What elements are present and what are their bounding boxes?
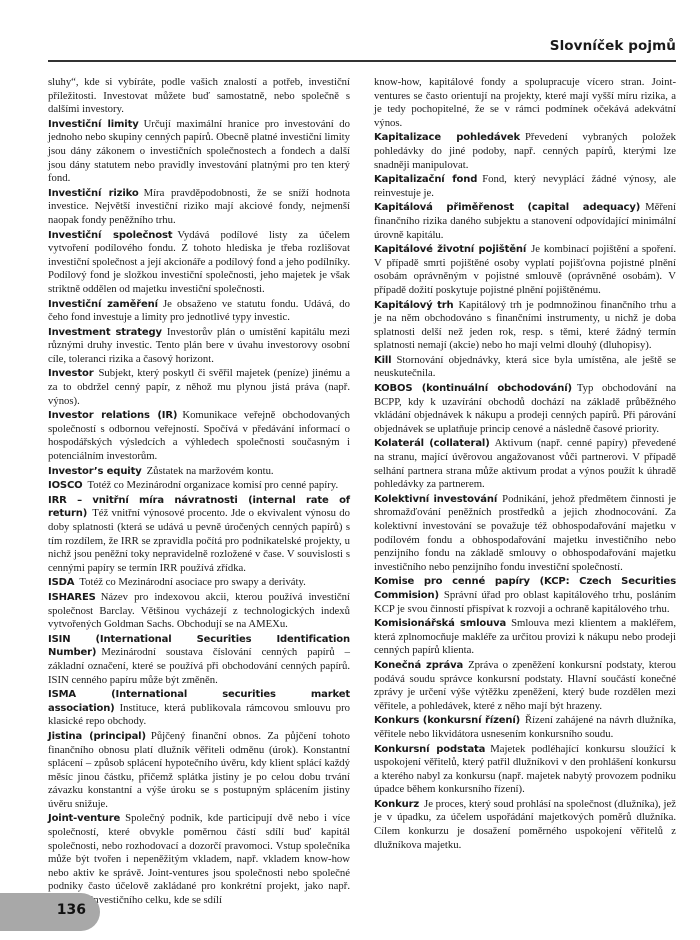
page-number: 136 bbox=[57, 902, 86, 918]
glossary-entry: KOBOS (kontinuální obchodování)Typ obcho… bbox=[374, 382, 676, 436]
glossary-definition: Stornování objednávky, která sice byla u… bbox=[374, 354, 676, 380]
glossary-definition: Též vnitřní výnosové procento. Jde o ekv… bbox=[48, 507, 350, 573]
glossary-term: KOBOS (kontinuální obchodování) bbox=[374, 383, 572, 394]
left-column: sluhy“, kde si vybíráte, podle vašich zn… bbox=[48, 76, 350, 909]
glossary-entry: Kolaterál (collateral)Aktivum (např. cen… bbox=[374, 437, 676, 491]
glossary-entry: IRR – vnitřní míra návratnosti (internal… bbox=[48, 494, 350, 576]
glossary-entry: Komise pro cenné papíry (KCP: Czech Secu… bbox=[374, 575, 676, 616]
glossary-entry: KillStornování objednávky, která sice by… bbox=[374, 354, 676, 381]
glossary-entry: Investiční limityUrčují maximální hranic… bbox=[48, 118, 350, 186]
glossary-term: Investment strategy bbox=[48, 327, 162, 338]
glossary-entry: ISIN (International Securities Identific… bbox=[48, 633, 350, 687]
glossary-entry: Investiční zaměřeníJe obsaženo ve statut… bbox=[48, 298, 350, 325]
glossary-entry: Kapitalizační fondFond, který nevyplácí … bbox=[374, 173, 676, 200]
glossary-definition: Subjekt, který poskytl či svěřil majetek… bbox=[48, 367, 350, 406]
glossary-term: Konkurs (konkursní řízení) bbox=[374, 715, 520, 726]
glossary-term: Investiční limity bbox=[48, 119, 139, 130]
glossary-term: Kapitalizace pohledávek bbox=[374, 132, 520, 143]
glossary-entry: Kapitálový trhKapitálový trh je podmnoži… bbox=[374, 299, 676, 353]
glossary-definition: know-how, kapitálové fondy a spolupracuj… bbox=[374, 76, 676, 129]
glossary-entry: ISDATotéž co Mezinárodní asociace pro sw… bbox=[48, 576, 350, 590]
glossary-entry: Investor relations (IR)Komunikace veřejn… bbox=[48, 409, 350, 463]
glossary-entry: Kapitálové životní pojištěníJe kombinací… bbox=[374, 243, 676, 297]
glossary-term: Kapitalizační fond bbox=[374, 174, 477, 185]
glossary-entry: Kapitalizace pohledávekPřevedení vybraný… bbox=[374, 131, 676, 172]
glossary-term: ISHARES bbox=[48, 592, 96, 603]
glossary-entry: Joint-ventureSpolečný podnik, kde partic… bbox=[48, 812, 350, 907]
glossary-entry: Investiční společnostVydává podílové lis… bbox=[48, 229, 350, 297]
glossary-entry: Investment strategyInvestorův plán o umí… bbox=[48, 326, 350, 367]
glossary-term: Investiční riziko bbox=[48, 188, 139, 199]
glossary-term: Kolektivní investování bbox=[374, 494, 497, 505]
glossary-term: Konečná zpráva bbox=[374, 660, 463, 671]
glossary-term: Investiční společnost bbox=[48, 230, 172, 241]
glossary-entry: Komisionářská smlouvaSmlouva mezi klient… bbox=[374, 617, 676, 658]
glossary-entry: Konečná zprávaZpráva o zpeněžení konkurs… bbox=[374, 659, 676, 713]
glossary-term: Jistina (principal) bbox=[48, 731, 146, 742]
glossary-term: Kapitálové životní pojištění bbox=[374, 244, 526, 255]
glossary-term: Investiční zaměření bbox=[48, 299, 158, 310]
glossary-entry: Kolektivní investováníPodnikání, jehož p… bbox=[374, 493, 676, 575]
glossary-term: Kolaterál (collateral) bbox=[374, 438, 490, 449]
glossary-entry: Investor’s equityZůstatek na maržovém ko… bbox=[48, 465, 350, 479]
right-column: know-how, kapitálové fondy a spolupracuj… bbox=[374, 76, 676, 909]
glossary-definition: sluhy“, kde si vybíráte, podle vašich zn… bbox=[48, 76, 350, 115]
glossary-entry: Jistina (principal)Půjčený finanční obno… bbox=[48, 730, 350, 812]
glossary-entry: IOSCOTotéž co Mezinárodní organizace kom… bbox=[48, 479, 350, 493]
glossary-columns: sluhy“, kde si vybíráte, podle vašich zn… bbox=[48, 76, 676, 909]
glossary-entry: ISMA (International securities market as… bbox=[48, 688, 350, 729]
glossary-term: IOSCO bbox=[48, 480, 83, 491]
glossary-entry: know-how, kapitálové fondy a spolupracuj… bbox=[374, 76, 676, 130]
glossary-definition: Je proces, který soud prohlásí na společ… bbox=[374, 798, 676, 851]
glossary-term: Investor’s equity bbox=[48, 466, 142, 477]
running-title: Slovníček pojmů bbox=[550, 38, 676, 54]
glossary-term: Kill bbox=[374, 355, 391, 366]
glossary-term: ISDA bbox=[48, 577, 74, 588]
glossary-term: Konkurz bbox=[374, 799, 419, 810]
glossary-term: Investor relations (IR) bbox=[48, 410, 177, 421]
glossary-term: Komisionářská smlouva bbox=[374, 618, 506, 629]
glossary-definition: Totéž co Mezinárodní asociace pro swapy … bbox=[79, 576, 305, 588]
glossary-term: Investor bbox=[48, 368, 93, 379]
glossary-entry: Konkurs (konkursní řízení)Řízení zahájen… bbox=[374, 714, 676, 741]
page-number-tab: 136 bbox=[0, 893, 100, 931]
glossary-term: Kapitálová přiměřenost (capital adequacy… bbox=[374, 202, 640, 213]
glossary-definition: Totéž co Mezinárodní organizace komisí p… bbox=[88, 479, 339, 491]
glossary-entry: KonkurzJe proces, který soud prohlásí na… bbox=[374, 798, 676, 852]
glossary-entry: Kapitálová přiměřenost (capital adequacy… bbox=[374, 201, 676, 242]
glossary-entry: sluhy“, kde si vybíráte, podle vašich zn… bbox=[48, 76, 350, 117]
glossary-entry: ISHARESNázev pro indexovou akcii, kterou… bbox=[48, 591, 350, 632]
running-header: Slovníček pojmů bbox=[48, 30, 676, 62]
glossary-entry: Investiční rizikoMíra pravděpodobnosti, … bbox=[48, 187, 350, 228]
glossary-term: Joint-venture bbox=[48, 813, 120, 824]
glossary-entry: Konkursní podstataMajetek podléhající ko… bbox=[374, 743, 676, 797]
glossary-term: Konkursní podstata bbox=[374, 744, 485, 755]
glossary-definition: Společný podnik, kde participují dvě neb… bbox=[48, 812, 350, 906]
glossary-entry: InvestorSubjekt, který poskytl či svěřil… bbox=[48, 367, 350, 408]
glossary-term: Kapitálový trh bbox=[374, 300, 454, 311]
glossary-definition: Zůstatek na maržovém kontu. bbox=[147, 465, 274, 477]
